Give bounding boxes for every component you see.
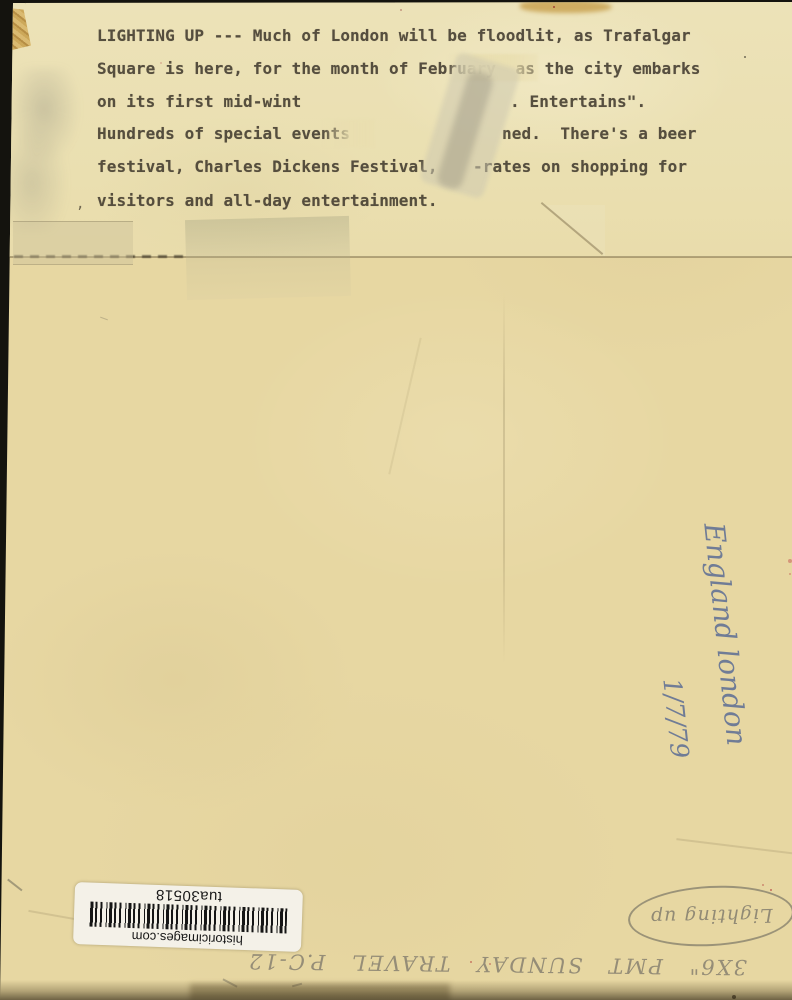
caption-line-4-right: ned. There's a beer <box>502 124 697 143</box>
paper-crease <box>388 338 421 475</box>
gray-stain <box>0 68 80 232</box>
caption-line-6: visitors and all-day entertainment. <box>97 191 438 210</box>
caption-line-5-right: -rates on shopping for <box>473 157 687 176</box>
ink-specks <box>0 0 2 2</box>
pencil-scratch <box>100 317 108 321</box>
photo-paper: LIGHTING UP --- Much of London will be f… <box>0 0 792 1000</box>
tape-piece-center <box>185 216 351 300</box>
tape-piece-left <box>13 221 133 265</box>
barcode-icon <box>89 902 288 934</box>
circled-title-annotation: Lighting up <box>627 882 792 951</box>
sticker-code-label: tua30518 <box>155 886 222 905</box>
caption-line-5-left: festival, Charles Dickens Festival, <box>97 157 438 176</box>
caption-line-4-left: Hundreds of special events <box>97 124 350 143</box>
handwritten-location-note: England london 1/7/79 <box>627 520 766 761</box>
sticker-website-label: historicimages.com <box>131 930 243 949</box>
caption-line-1: LIGHTING UP --- Much of London will be f… <box>97 26 691 45</box>
handwritten-print-note: 3X6" PMT SUNDAY TRAVEL P.C-12 <box>232 941 747 979</box>
caption-line-3-right: . Entertains". <box>510 92 646 111</box>
handwritten-date: 1/7/79 <box>642 675 708 761</box>
barcode-sticker: historicimages.com tua30518 <box>73 882 303 952</box>
adhesive-stain <box>520 0 612 13</box>
caption-sheet: LIGHTING UP --- Much of London will be f… <box>0 0 792 257</box>
pencil-scratch <box>7 879 22 891</box>
photo-back-scan: LIGHTING UP --- Much of London will be f… <box>0 0 792 1000</box>
paper-crease <box>676 838 792 855</box>
paper-crease <box>503 292 505 664</box>
circled-title-text: Lighting up <box>649 904 772 928</box>
faded-text-patch <box>322 120 374 147</box>
caption-line-3-left: on its first mid-wint <box>97 92 301 111</box>
caption-line-2: Square is here, for the month of Februar… <box>97 59 700 78</box>
bottom-edge-shadow <box>0 980 792 1000</box>
